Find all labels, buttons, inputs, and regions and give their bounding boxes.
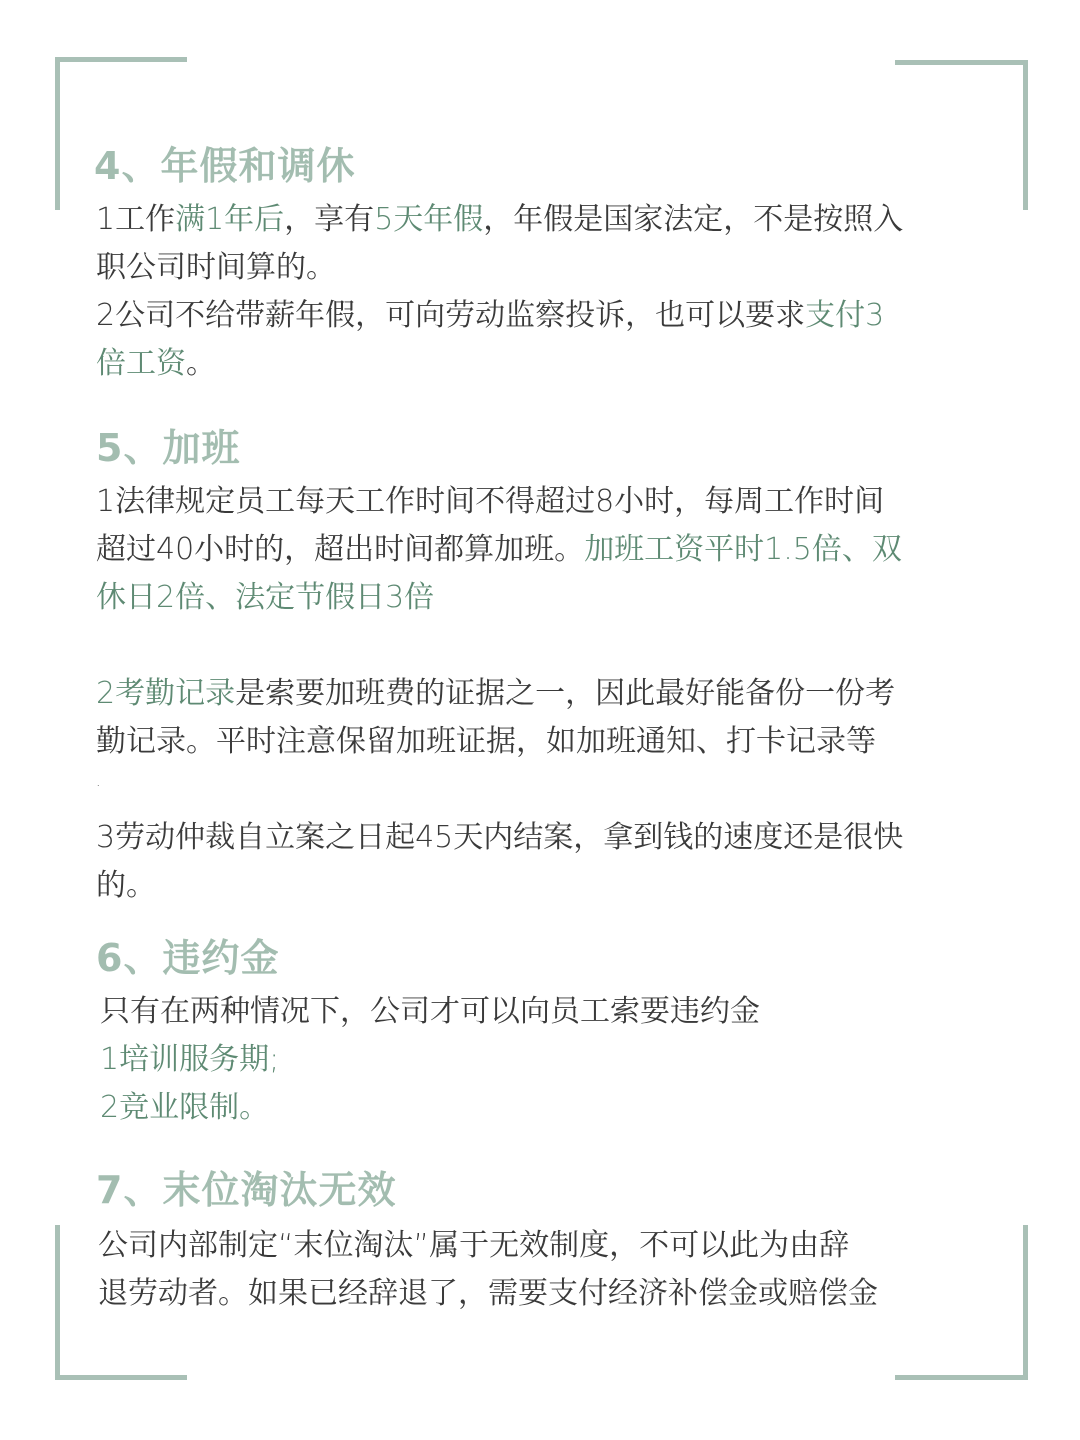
highlight-text: 满1年后: [175, 202, 284, 237]
text: 退劳动者。如果已经辞退了，需要支付经济补偿金或赔偿金: [98, 1276, 878, 1311]
text: .: [96, 774, 100, 790]
text: 2公司不给带薪年假，可向劳动监察投诉，也可以要求: [96, 298, 805, 333]
paragraph-line: 2考勤记录是索要加班费的证据之一，因此最好能备份一份考: [96, 670, 895, 718]
highlight-text: 休日2倍、法定节假日3倍: [96, 580, 434, 615]
highlight-text: 1培训服务期;: [100, 1042, 279, 1077]
text: 只有在两种情况下，公司才可以向员工索要违约金: [100, 994, 760, 1029]
paragraph-line: 超过40小时的，超出时间都算加班。加班工资平时1.5倍、双: [96, 526, 902, 574]
frame-bottom-left-horizontal: [55, 1375, 187, 1380]
text: 公司内部制定“末位淘汰”属于无效制度，不可以此为由辞: [98, 1228, 849, 1263]
frame-bottom-right-vertical: [1023, 1225, 1028, 1380]
section-heading-last-place-elimination: 7、末位淘汰无效: [96, 1166, 396, 1214]
section-heading-penalty: 6、违约金: [96, 934, 279, 982]
paragraph-line: 1工作满1年后，享有5天年假，年假是国家法定，不是按照入: [96, 196, 903, 244]
text: 是索要加班费的证据之一，因此最好能备份一份考: [235, 676, 895, 711]
highlight-text: 2竞业限制。: [100, 1090, 269, 1125]
paragraph-line: 勤记录。平时注意保留加班证据，如加班通知、打卡记录等: [96, 718, 876, 766]
highlight-text: 2考勤记录: [96, 676, 235, 711]
paragraph-line: 1法律规定员工每天工作时间不得超过8小时，每周工作时间: [96, 478, 884, 526]
paragraph-line: 公司内部制定“末位淘汰”属于无效制度，不可以此为由辞: [98, 1222, 849, 1270]
text: 的。: [96, 868, 156, 903]
paragraph-line: 2竞业限制。: [100, 1084, 269, 1132]
text: ，享有: [284, 202, 374, 237]
section-heading-overtime: 5、加班: [96, 424, 240, 472]
paragraph-line: .: [96, 770, 100, 794]
paragraph-line: 休日2倍、法定节假日3倍: [96, 574, 434, 622]
paragraph-line: 2公司不给带薪年假，可向劳动监察投诉，也可以要求支付3: [96, 292, 884, 340]
text: 勤记录。平时注意保留加班证据，如加班通知、打卡记录等: [96, 724, 876, 759]
text: 1法律规定员工每天工作时间不得超过8小时，每周工作时间: [96, 484, 884, 519]
text: 职公司时间算的。: [96, 250, 336, 285]
frame-bottom-left-vertical: [55, 1225, 60, 1380]
highlight-text: 倍工资: [96, 346, 186, 381]
paragraph-line: 职公司时间算的。: [96, 244, 336, 292]
paragraph-line: 退劳动者。如果已经辞退了，需要支付经济补偿金或赔偿金: [98, 1270, 878, 1318]
highlight-text: 5天年假: [374, 202, 483, 237]
frame-top-right-horizontal: [895, 60, 1028, 65]
paragraph-line: 1培训服务期;: [100, 1036, 279, 1084]
paragraph-line: 倍工资。: [96, 340, 216, 388]
paragraph-line: 的。: [96, 862, 156, 910]
text: 。: [186, 346, 216, 381]
text: 超过40小时的，超出时间都算加班。: [96, 532, 584, 567]
text: 3劳动仲裁自立案之日起45天内结案，拿到钱的速度还是很快: [96, 820, 903, 855]
frame-top-right-vertical: [1023, 60, 1028, 210]
frame-top-left-vertical: [55, 57, 60, 210]
highlight-text: 加班工资平时1.5倍、双: [584, 532, 902, 567]
paragraph-line: 3劳动仲裁自立案之日起45天内结案，拿到钱的速度还是很快: [96, 814, 903, 862]
frame-bottom-right-horizontal: [895, 1375, 1028, 1380]
text: 1工作: [96, 202, 175, 237]
section-heading-annual-leave: 4、年假和调休: [94, 142, 355, 190]
paragraph-line: 只有在两种情况下，公司才可以向员工索要违约金: [100, 988, 760, 1036]
highlight-text: 支付3: [805, 298, 884, 333]
text: ，年假是国家法定，不是按照入: [483, 202, 903, 237]
frame-top-left-horizontal: [55, 57, 187, 62]
